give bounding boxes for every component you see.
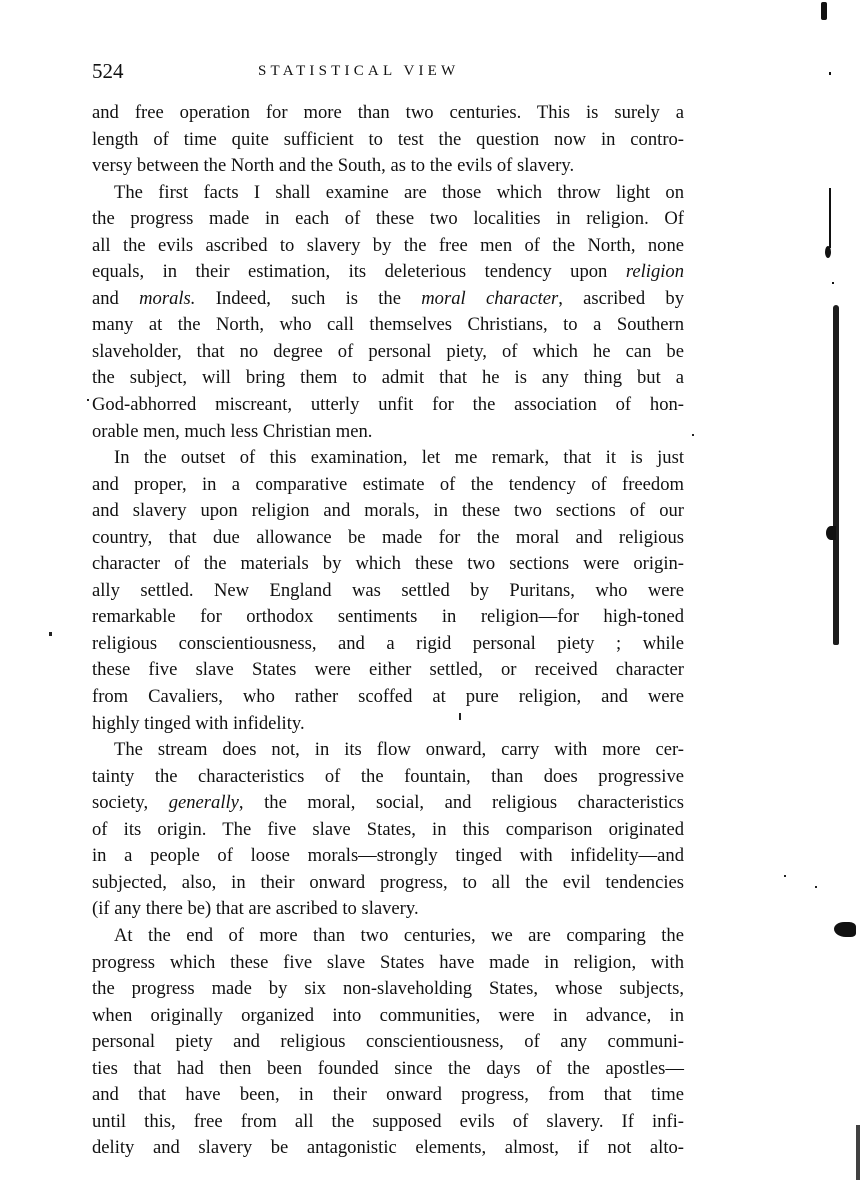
text-line: progress which these five slave States h…: [92, 950, 684, 977]
text-line: length of time quite sufficient to test …: [92, 127, 684, 154]
text-line: In the outset of this examination, let m…: [92, 445, 684, 472]
text-line: and that have been, in their onward prog…: [92, 1082, 684, 1109]
text-segment: and: [92, 288, 139, 309]
edge-line: [829, 188, 831, 248]
text-line: when originally organized into communiti…: [92, 1003, 684, 1030]
text-line: At the end of more than two centuries, w…: [92, 923, 684, 950]
book-page: 524 STATISTICAL VIEW and free operation …: [0, 0, 861, 1200]
text-line: and slavery upon religion and morals, in…: [92, 498, 684, 525]
text-segment: society,: [92, 792, 169, 813]
speck: [87, 399, 89, 401]
text-segment: , the moral, social, and religious chara…: [239, 792, 684, 813]
binding-shadow: [833, 305, 839, 645]
edge-blob: [834, 922, 856, 937]
text-line: the subject, will bring them to admit th…: [92, 365, 684, 392]
text-line: The stream does not, in its flow onward,…: [92, 737, 684, 764]
text-segment: equals, in their estimation, its deleter…: [92, 261, 626, 282]
text-line: of its origin. The five slave States, in…: [92, 817, 684, 844]
edge-tick: [829, 72, 831, 75]
text-line: God-abhorred miscreant, utterly unfit fo…: [92, 392, 684, 419]
text-line: from Cavaliers, who rather scoffed at pu…: [92, 684, 684, 711]
corner-mark: [821, 2, 827, 20]
italic-emphasis: moral character: [421, 288, 558, 309]
speck: [815, 886, 817, 888]
text-line: remarkable for orthodox sentiments in re…: [92, 604, 684, 631]
text-line: highly tinged with infidelity.: [92, 711, 684, 738]
text-line: in a people of loose morals—strongly tin…: [92, 843, 684, 870]
text-line: personal piety and religious conscientio…: [92, 1029, 684, 1056]
italic-emphasis: morals.: [139, 288, 195, 309]
text-line: subjected, also, in their onward progres…: [92, 870, 684, 897]
edge-blob: [825, 246, 831, 258]
running-head: 524 STATISTICAL VIEW: [92, 58, 684, 84]
text-segment: , ascribed by: [558, 288, 684, 309]
binding-notch: [826, 526, 836, 540]
running-title: STATISTICAL VIEW: [258, 60, 459, 82]
speck: [784, 875, 786, 877]
text-line: ties that had then been founded since th…: [92, 1056, 684, 1083]
text-segment: Indeed, such is the: [195, 288, 421, 309]
edge-speckle: [856, 1125, 860, 1180]
text-line: until this, free from all the supposed e…: [92, 1109, 684, 1136]
text-line: slaveholder, that no degree of personal …: [92, 339, 684, 366]
page-number: 524: [92, 58, 124, 84]
text-line: tainty the characteristics of the founta…: [92, 764, 684, 791]
speck: [459, 713, 461, 720]
text-line: orable men, much less Christian men.: [92, 419, 684, 446]
text-line: (if any there be) that are ascribed to s…: [92, 896, 684, 923]
italic-emphasis: religion: [626, 261, 684, 282]
text-line: versy between the North and the South, a…: [92, 153, 684, 180]
text-line: all the evils ascribed to slavery by the…: [92, 233, 684, 260]
text-line: the progress made in each of these two l…: [92, 206, 684, 233]
text-line: religious conscientiousness, and a rigid…: [92, 631, 684, 658]
edge-tick: [832, 282, 834, 284]
text-line: the progress made by six non-slaveholdin…: [92, 976, 684, 1003]
text-line: society, generally, the moral, social, a…: [92, 790, 684, 817]
text-line: and free operation for more than two cen…: [92, 100, 684, 127]
text-line: equals, in their estimation, its deleter…: [92, 259, 684, 286]
text-line: and morals. Indeed, such is the moral ch…: [92, 286, 684, 313]
text-line: these five slave States were either sett…: [92, 657, 684, 684]
speck: [49, 632, 52, 636]
speck: [692, 434, 694, 436]
text-line: and proper, in a comparative estimate of…: [92, 472, 684, 499]
text-line: ally settled. New England was settled by…: [92, 578, 684, 605]
body-text: and free operation for more than two cen…: [92, 100, 684, 1162]
text-line: character of the materials by which thes…: [92, 551, 684, 578]
text-line: country, that due allowance be made for …: [92, 525, 684, 552]
text-line: delity and slavery be antagonistic eleme…: [92, 1135, 684, 1162]
text-line: The first facts I shall examine are thos…: [92, 180, 684, 207]
text-line: many at the North, who call themselves C…: [92, 312, 684, 339]
italic-emphasis: generally: [169, 792, 239, 813]
